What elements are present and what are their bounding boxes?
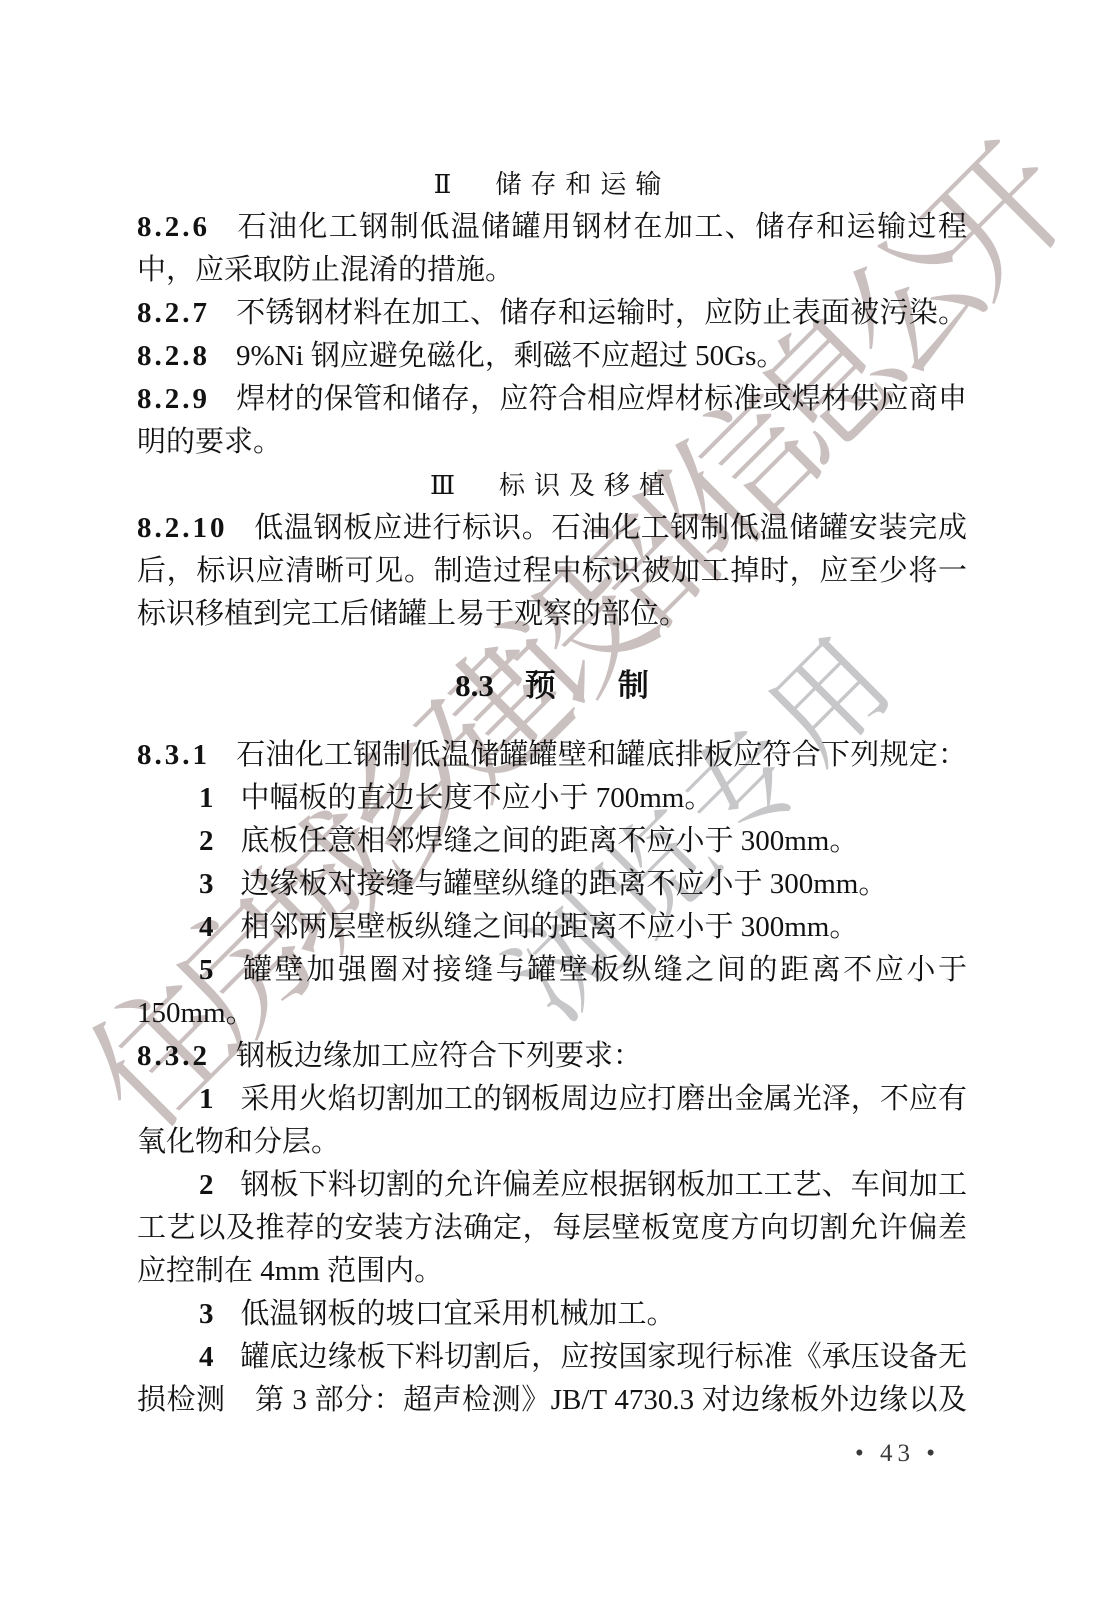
clause-number: 8.3.2	[137, 1040, 210, 1072]
continuation-line: 工艺以及推荐的安装方法确定，每层壁板宽度方向切割允许偏差	[137, 1207, 967, 1250]
continuation-line: 标识移植到完工后储罐上易于观察的部位。	[137, 593, 967, 636]
item-line: 5罐壁加强圈对接缝与罐壁板纵缝之间的距离不应小于	[137, 949, 967, 992]
line-text: 相邻两层壁板纵缝之间的距离不应小于 300mm。	[241, 911, 859, 943]
document-page: { "document": { "page_number": "• 43 •",…	[0, 0, 1102, 1598]
item-line: 1采用火焰切割加工的钢板周边应打磨出金属光泽，不应有	[137, 1078, 967, 1121]
line-text: 石油化工钢制低温储罐罐壁和罐底排板应符合下列规定：	[236, 739, 967, 771]
line-text: 边缘板对接缝与罐壁纵缝的距离不应小于 300mm。	[241, 868, 888, 900]
clause-number: 8.2.9	[137, 383, 210, 415]
section-subheading: Ⅲ 标识及移植	[137, 464, 967, 507]
item-number: 4	[199, 911, 214, 943]
continuation-line: 损检测 第 3 部分：超声检测》JB/T 4730.3 对边缘板外边缘以及	[137, 1379, 967, 1422]
clause-line: 8.2.7不锈钢材料在加工、储存和运输时，应防止表面被污染。	[137, 292, 967, 335]
clause-number: 8.3.1	[137, 739, 210, 771]
continuation-line: 氧化物和分层。	[137, 1121, 967, 1164]
item-number: 1	[199, 782, 214, 814]
page-number: • 43 •	[855, 1438, 975, 1470]
line-text: 中幅板的直边长度不应小于 700mm。	[241, 782, 714, 814]
line-text: 不锈钢材料在加工、储存和运输时，应防止表面被污染。	[236, 297, 967, 329]
line-text: 罐底边缘板下料切割后，应按国家现行标准《承压设备无	[241, 1341, 968, 1373]
clause-line: 8.3.1石油化工钢制低温储罐罐壁和罐底排板应符合下列规定：	[137, 734, 967, 777]
line-text: 低温钢板的坡口宜采用机械加工。	[241, 1298, 676, 1330]
continuation-line: 中，应采取防止混淆的措施。	[137, 249, 967, 292]
clause-line: 8.2.6石油化工钢制低温储罐用钢材在加工、储存和运输过程	[137, 206, 967, 249]
line-text: 9%Ni 钢应避免磁化，剩磁不应超过 50Gs。	[236, 340, 785, 372]
page-content: Ⅱ 储存和运输8.2.6石油化工钢制低温储罐用钢材在加工、储存和运输过程中，应采…	[137, 163, 967, 1422]
line-text: 底板任意相邻焊缝之间的距离不应小于 300mm。	[241, 825, 859, 857]
clause-line: 8.2.10低温钢板应进行标识。石油化工钢制低温储罐安装完成	[137, 507, 967, 550]
item-line: 2底板任意相邻焊缝之间的距离不应小于 300mm。	[137, 820, 967, 863]
clause-number: 8.2.8	[137, 340, 210, 372]
continuation-line: 150mm。	[137, 992, 967, 1035]
line-text: 焊材的保管和储存，应符合相应焊材标准或焊材供应商申	[236, 383, 967, 415]
section-heading: 8.3 预 制	[137, 664, 967, 707]
item-line: 4罐底边缘板下料切割后，应按国家现行标准《承压设备无	[137, 1336, 967, 1379]
line-text: 罐壁加强圈对接缝与罐壁板纵缝之间的距离不应小于	[241, 954, 968, 986]
clause-line: 8.2.89%Ni 钢应避免磁化，剩磁不应超过 50Gs。	[137, 335, 967, 378]
item-number: 4	[199, 1341, 214, 1373]
line-text: 低温钢板应进行标识。石油化工钢制低温储罐安装完成	[254, 512, 968, 544]
item-line: 3边缘板对接缝与罐壁纵缝的距离不应小于 300mm。	[137, 863, 967, 906]
item-number: 3	[199, 868, 214, 900]
section-subheading: Ⅱ 储存和运输	[137, 163, 967, 206]
item-line: 4相邻两层壁板纵缝之间的距离不应小于 300mm。	[137, 906, 967, 949]
continuation-line: 明的要求。	[137, 421, 967, 464]
line-text: 采用火焰切割加工的钢板周边应打磨出金属光泽，不应有	[241, 1083, 968, 1115]
clause-line: 8.3.2钢板边缘加工应符合下列要求：	[137, 1035, 967, 1078]
item-number: 3	[199, 1298, 214, 1330]
clause-line: 8.2.9焊材的保管和储存，应符合相应焊材标准或焊材供应商申	[137, 378, 967, 421]
continuation-line: 应控制在 4mm 范围内。	[137, 1250, 967, 1293]
line-text: 钢板边缘加工应符合下列要求：	[236, 1040, 642, 1072]
clause-number: 8.2.10	[137, 512, 228, 544]
item-line: 3低温钢板的坡口宜采用机械加工。	[137, 1293, 967, 1336]
item-number: 1	[199, 1083, 214, 1115]
line-text: 钢板下料切割的允许偏差应根据钢板加工工艺、车间加工	[241, 1169, 968, 1201]
clause-number: 8.2.6	[137, 211, 210, 243]
clause-number: 8.2.7	[137, 297, 210, 329]
item-number: 2	[199, 1169, 214, 1201]
item-number: 2	[199, 825, 214, 857]
item-number: 5	[199, 954, 214, 986]
line-text: 石油化工钢制低温储罐用钢材在加工、储存和运输过程	[236, 211, 967, 243]
continuation-line: 后，标识应清晰可见。制造过程中标识被加工掉时，应至少将一处	[137, 550, 967, 593]
item-line: 2钢板下料切割的允许偏差应根据钢板加工工艺、车间加工	[137, 1164, 967, 1207]
item-line: 1中幅板的直边长度不应小于 700mm。	[137, 777, 967, 820]
